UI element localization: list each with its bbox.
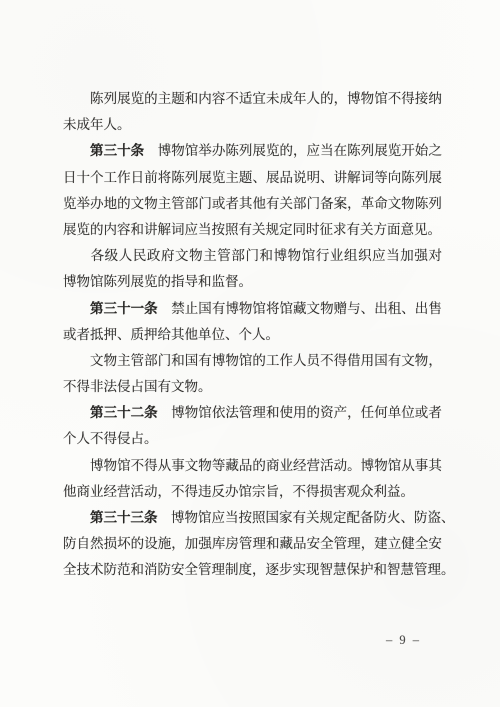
text-char: 博 [361, 453, 375, 479]
text-char: 安 [307, 531, 321, 557]
text-char: 禁 [171, 296, 185, 322]
text-char: 列 [239, 138, 253, 164]
text-char: 产 [334, 400, 348, 426]
article-number-char: 三 [104, 296, 118, 322]
text-char: 展 [374, 138, 388, 164]
text-char: 品 [280, 165, 294, 191]
text-char: ， [334, 86, 348, 112]
text-char: 员 [307, 348, 321, 374]
text-char: 、 [252, 165, 266, 191]
article-line: 第三十条 博物馆举办陈列展览的，应当在陈列展览开始之 [63, 138, 442, 164]
text-char: 列 [104, 86, 118, 112]
text-char: 陈 [347, 138, 361, 164]
text-char: 经 [293, 453, 307, 479]
text-char: 日 [63, 165, 77, 191]
text-char: 用 [293, 400, 307, 426]
text-char: 级 [105, 243, 119, 269]
text-line: 他商业经营活动，不得违反办馆宗旨，不得损害观众利益。 [63, 479, 442, 505]
text-char: 国 [198, 296, 212, 322]
text-char: 文 [90, 348, 104, 374]
text-char: 府 [161, 243, 175, 269]
text-char: 出 [415, 296, 429, 322]
text-char: 举 [198, 138, 212, 164]
text-char: 门 [307, 191, 321, 217]
text-char: 品 [293, 531, 307, 557]
text-char [158, 400, 172, 426]
text-char: 门 [158, 348, 172, 374]
text-char: 部 [231, 243, 245, 269]
text-char: 之 [428, 138, 442, 164]
text-char: 主 [117, 348, 131, 374]
article-number-char: 三 [104, 400, 118, 426]
text-char: 施 [158, 531, 172, 557]
text-char: 十 [77, 165, 91, 191]
text-char: 解 [347, 165, 361, 191]
text-char: 和 [171, 348, 185, 374]
text-char: 当 [386, 243, 400, 269]
page-number: – 9 – [386, 633, 421, 648]
text-char: 纳 [428, 86, 442, 112]
text-char: ， [347, 400, 361, 426]
text-char: 物 [104, 453, 118, 479]
text-char: 始 [415, 138, 429, 164]
text-char: 词 [361, 165, 375, 191]
text-char: 与 [347, 296, 361, 322]
text-char: 在 [334, 138, 348, 164]
text-char: 览 [212, 165, 226, 191]
text-char: 成 [279, 86, 293, 112]
text-char: 藏 [293, 296, 307, 322]
text-line: 不得非法侵占国有文物。 [63, 374, 442, 400]
text-char: 加 [185, 531, 199, 557]
text-char: 应 [307, 138, 321, 164]
text-char: 赠 [334, 296, 348, 322]
document-text: 陈列展览的主题和内容不适宜未成年人的，博物馆不得接纳未成年人。第三十条 博物馆举… [63, 86, 442, 584]
text-char: 从 [158, 453, 172, 479]
text-char: 作 [279, 348, 293, 374]
text-char: 国 [185, 348, 199, 374]
text-char: 自 [77, 531, 91, 557]
text-char: 物 [401, 191, 415, 217]
paragraph: 各级人民政府文物主管部门和博物馆行业组织应当加强对博物馆陈列展览的指导和监督。 [63, 243, 442, 295]
scanned-document-page: 陈列展览的主题和内容不适宜未成年人的，博物馆不得接纳未成年人。第三十条 博物馆举… [0, 0, 500, 707]
text-char: 其 [428, 453, 442, 479]
text-char: 地 [104, 191, 118, 217]
text-line: 陈列展览的主题和内容不适宜未成年人的，博物馆不得接纳 [63, 86, 442, 112]
text-char: 展 [252, 138, 266, 164]
text-char: 文 [401, 348, 415, 374]
text-char: 的 [279, 138, 293, 164]
paragraph: 第三十二条 博物馆依法管理和使用的资产，任何单位或者个人不得侵占。 [63, 400, 442, 452]
text-char: 列 [185, 165, 199, 191]
text-char: 主 [203, 243, 217, 269]
text-char: 未 [266, 86, 280, 112]
text-char: 立 [388, 531, 402, 557]
text-char: 物 [144, 191, 158, 217]
text-char: 内 [198, 86, 212, 112]
text-line: 防自然损坏的设施，加强库房管理和藏品安全管理，建立健全安 [63, 531, 442, 557]
article-number-char: 第 [90, 400, 104, 426]
text-char: 人 [119, 243, 133, 269]
paragraph: 第三十条 博物馆举办陈列展览的，应当在陈列展览开始之日十个工作日前将陈列展览主题… [63, 138, 442, 243]
text-char: 事 [415, 453, 429, 479]
text-char: 博 [274, 243, 288, 269]
text-char: 品 [239, 453, 253, 479]
text-char: 物 [185, 400, 199, 426]
text-char: 藏 [225, 453, 239, 479]
text-char: 加 [400, 243, 414, 269]
text-char: 理 [347, 531, 361, 557]
text-char: 设 [144, 531, 158, 557]
text-char: 将 [158, 165, 172, 191]
text-line: 未成年人。 [63, 112, 442, 138]
text-char: 览 [388, 138, 402, 164]
text-char: 日 [131, 165, 145, 191]
text-line: 览举办地的文物主管部门或者其他有关部门备案，革命文物陈列 [63, 191, 442, 217]
text-char: 对 [428, 243, 442, 269]
text-char: 博 [225, 296, 239, 322]
text-char: 有 [198, 348, 212, 374]
text-char: 物 [171, 138, 185, 164]
text-char: 、 [320, 165, 334, 191]
text-char: 位 [401, 400, 415, 426]
text-char: ， [361, 531, 375, 557]
text-char: 物 [374, 453, 388, 479]
text-char: 、 [361, 296, 375, 322]
text-char: 陈 [415, 191, 429, 217]
text-line: 博物馆陈列展览的指导和监督。 [63, 269, 442, 295]
text-char: 门 [245, 243, 259, 269]
text-char: 的 [252, 453, 266, 479]
text-char: 览 [131, 86, 145, 112]
text-char: 得 [401, 86, 415, 112]
text-char: 和 [185, 86, 199, 112]
text-char: 览 [266, 138, 280, 164]
text-char: 何 [374, 400, 388, 426]
paragraph: 陈列展览的主题和内容不适宜未成年人的，博物馆不得接纳未成年人。 [63, 86, 442, 138]
text-char: 不 [225, 86, 239, 112]
text-char: 部 [144, 348, 158, 374]
text-char: 馆 [252, 296, 266, 322]
article-number: 第三十三条 [90, 510, 158, 525]
text-char: 物 [189, 243, 203, 269]
text-char: 商 [266, 453, 280, 479]
text-char: 管 [217, 243, 231, 269]
text-char: 事 [171, 453, 185, 479]
text-char: 明 [307, 165, 321, 191]
text-char: 办 [212, 138, 226, 164]
text-char: 览 [63, 191, 77, 217]
text-char: 工 [104, 165, 118, 191]
text-char: 作 [117, 165, 131, 191]
text-char: 案 [334, 191, 348, 217]
text-char: 应 [372, 243, 386, 269]
article-number-char: 第 [90, 296, 104, 322]
text-char: 营 [307, 453, 321, 479]
text-line: 个人不得侵占。 [63, 426, 442, 452]
text-char: 物 [361, 86, 375, 112]
text-char: 馆 [185, 138, 199, 164]
text-char: 然 [90, 531, 104, 557]
text-char: 文 [307, 296, 321, 322]
paragraph: 文物主管部门和国有博物馆的工作人员不得借用国有文物，不得非法侵占国有文物。 [63, 348, 442, 400]
text-char: 使 [279, 400, 293, 426]
text-char: 得 [334, 348, 348, 374]
text-char: 管 [239, 400, 253, 426]
text-char: 售 [428, 296, 442, 322]
text-char: 止 [185, 296, 199, 322]
text-char: 革 [361, 191, 375, 217]
text-char: 法 [225, 400, 239, 426]
text-char: 讲 [334, 165, 348, 191]
article-line: 第三十一条 禁止国有博物馆将馆藏文物赠与、出租、出售 [63, 296, 442, 322]
text-char: 他 [252, 191, 266, 217]
text-char: 等 [212, 453, 226, 479]
text-char: 防 [63, 531, 77, 557]
text-char: 租 [388, 296, 402, 322]
text-char: 博 [347, 86, 361, 112]
text-char: 理 [252, 400, 266, 426]
text-char: 理 [252, 531, 266, 557]
text-char: 列 [428, 191, 442, 217]
text-char: 馆 [239, 348, 253, 374]
paragraph: 第三十三条 博物馆应当按照国家有关规定配备防火、防盗、防自然损坏的设施，加强库房… [63, 505, 442, 584]
text-char: 主 [225, 165, 239, 191]
text-line: 文物主管部门和国有博物馆的工作人员不得借用国有文物， [63, 348, 442, 374]
text-char: 题 [239, 165, 253, 191]
article-line: 第三十二条 博物馆依法管理和使用的资产，任何单位或者 [63, 400, 442, 426]
text-char: 和 [266, 531, 280, 557]
article-line: 第三十三条 博物馆应当按照国家有关规定配备防火、防盗、 [63, 505, 442, 531]
text-char: 藏 [280, 531, 294, 557]
text-char: 人 [307, 86, 321, 112]
text-char: 馆 [302, 243, 316, 269]
text-char: 其 [239, 191, 253, 217]
text-char: 办 [90, 191, 104, 217]
article-number-char: 三 [104, 138, 118, 164]
text-char: 物 [415, 348, 429, 374]
text-char: 库 [212, 531, 226, 557]
text-char: 管 [239, 531, 253, 557]
text-char: 的 [252, 348, 266, 374]
text-char: 全 [415, 531, 429, 557]
text-char: 资 [320, 400, 334, 426]
text-char: 博 [171, 400, 185, 426]
text-line: 各级人民政府文物主管部门和博物馆行业组织应当加强对 [63, 243, 442, 269]
text-char: 强 [414, 243, 428, 269]
text-char: 出 [374, 296, 388, 322]
text-char: ， [293, 138, 307, 164]
text-char: 物 [104, 348, 118, 374]
text-char [144, 138, 158, 164]
text-char: 者 [225, 191, 239, 217]
article-number-char: 条 [131, 138, 145, 164]
text-char: 展 [198, 165, 212, 191]
text-char: 不 [388, 86, 402, 112]
text-line: 或者抵押、质押给其他单位、个人。 [63, 322, 442, 348]
text-char: 年 [293, 86, 307, 112]
text-char: 开 [401, 138, 415, 164]
text-char: 工 [266, 348, 280, 374]
text-char: 和 [266, 400, 280, 426]
paragraph: 博物馆不得从事文物等藏品的商业经营活动。博物馆从事其他商业经营活动，不得违反办馆… [63, 453, 442, 505]
text-char: 依 [212, 400, 226, 426]
text-char: 单 [388, 400, 402, 426]
text-char: 等 [374, 165, 388, 191]
text-char: 业 [330, 243, 344, 269]
paragraph: 第三十一条 禁止国有博物馆将馆藏文物赠与、出租、出售或者抵押、质押给其他单位、个… [63, 296, 442, 348]
text-char: 列 [361, 138, 375, 164]
text-char: 用 [361, 348, 375, 374]
article-number-char: 十 [117, 296, 131, 322]
text-char: 向 [388, 165, 402, 191]
text-char: 组 [344, 243, 358, 269]
text-char: 主 [158, 86, 172, 112]
text-line: 日十个工作日前将陈列展览主题、展品说明、讲解词等向陈列展 [63, 165, 442, 191]
text-char [158, 296, 172, 322]
text-char: 门 [198, 191, 212, 217]
text-char: 行 [316, 243, 330, 269]
text-char: 馆 [388, 453, 402, 479]
text-char: 馆 [198, 400, 212, 426]
text-char: 容 [212, 86, 226, 112]
text-char: 不 [320, 348, 334, 374]
text-char: 馆 [117, 453, 131, 479]
text-char: 前 [144, 165, 158, 191]
text-char: 动 [334, 453, 348, 479]
text-char: 和 [260, 243, 274, 269]
text-char: ， [347, 191, 361, 217]
text-char: 关 [280, 191, 294, 217]
text-char: 坏 [117, 531, 131, 557]
text-char: 题 [171, 86, 185, 112]
text-char: 文 [131, 191, 145, 217]
text-char: 强 [198, 531, 212, 557]
text-char: 陈 [401, 165, 415, 191]
text-char: 陈 [171, 165, 185, 191]
text-char: ， [428, 348, 442, 374]
text-line: 博物馆不得从事文物等藏品的商业经营活动。博物馆从事其 [63, 453, 442, 479]
text-char: 者 [428, 400, 442, 426]
text-char: 房 [225, 531, 239, 557]
text-char: 物 [198, 453, 212, 479]
text-char: 有 [212, 296, 226, 322]
text-char: 个 [90, 165, 104, 191]
text-char: 损 [104, 531, 118, 557]
text-char: 管 [334, 531, 348, 557]
article-number-char: 二 [131, 400, 145, 426]
text-char: 说 [293, 165, 307, 191]
text-char: 备 [320, 191, 334, 217]
text-char: 的 [144, 86, 158, 112]
text-char: 文 [388, 191, 402, 217]
text-char: 的 [131, 531, 145, 557]
text-char: 民 [133, 243, 147, 269]
text-char: 不 [131, 453, 145, 479]
text-char: 物 [225, 348, 239, 374]
text-char: 博 [212, 348, 226, 374]
text-char: 政 [147, 243, 161, 269]
text-char: 人 [293, 348, 307, 374]
text-char: 全 [320, 531, 334, 557]
text-char: 的 [320, 86, 334, 112]
text-char: 管 [171, 191, 185, 217]
text-char: 健 [401, 531, 415, 557]
text-char: 或 [415, 400, 429, 426]
text-char: 部 [185, 191, 199, 217]
text-char: 将 [266, 296, 280, 322]
text-char: 任 [361, 400, 375, 426]
text-char: 。 [347, 453, 361, 479]
text-char: 各 [91, 243, 105, 269]
text-char: 博 [90, 453, 104, 479]
text-char: 、 [401, 296, 415, 322]
text-char: 建 [374, 531, 388, 557]
article-number-char: 一 [131, 296, 145, 322]
text-char: 借 [347, 348, 361, 374]
text-char: 有 [388, 348, 402, 374]
text-char: 列 [415, 165, 429, 191]
text-char: 管 [131, 348, 145, 374]
article-number-char: 条 [144, 296, 158, 322]
text-char: 或 [212, 191, 226, 217]
text-char: 宜 [252, 86, 266, 112]
article-number-char: 十 [117, 138, 131, 164]
text-char: 展 [266, 165, 280, 191]
text-char: 文 [185, 453, 199, 479]
text-char: 博 [158, 138, 172, 164]
text-char: 展 [428, 165, 442, 191]
article-number-char: 条 [144, 400, 158, 426]
article-number-char: 第 [90, 138, 104, 164]
text-char: 物 [320, 296, 334, 322]
text-char: 馆 [279, 296, 293, 322]
article-number-char: 十 [117, 400, 131, 426]
text-char: 适 [239, 86, 253, 112]
text-char: ， [171, 531, 185, 557]
text-char: 得 [144, 453, 158, 479]
text-char: 部 [293, 191, 307, 217]
text-char: 命 [374, 191, 388, 217]
text-char: 展 [117, 86, 131, 112]
text-char: 从 [401, 453, 415, 479]
text-line: 展览的内容和讲解词应当按照有关规定同时征求有关方面意见。 [63, 217, 442, 243]
text-char: 的 [307, 400, 321, 426]
text-char: 的 [117, 191, 131, 217]
text-char: 陈 [90, 86, 104, 112]
text-char: 接 [415, 86, 429, 112]
text-line: 全技术防范和消防安全管理制度，逐步实现智慧保护和智慧管理。 [63, 557, 442, 583]
text-char: 业 [279, 453, 293, 479]
text-char: 当 [320, 138, 334, 164]
text-char: 有 [266, 191, 280, 217]
text-char: 安 [428, 531, 442, 557]
text-char: 物 [288, 243, 302, 269]
text-char: 主 [158, 191, 172, 217]
text-char: 馆 [374, 86, 388, 112]
text-char: 活 [320, 453, 334, 479]
text-char: 陈 [225, 138, 239, 164]
text-char: 国 [374, 348, 388, 374]
text-char: 物 [239, 296, 253, 322]
text-char: 织 [358, 243, 372, 269]
text-char: 举 [77, 191, 91, 217]
text-char: 文 [175, 243, 189, 269]
